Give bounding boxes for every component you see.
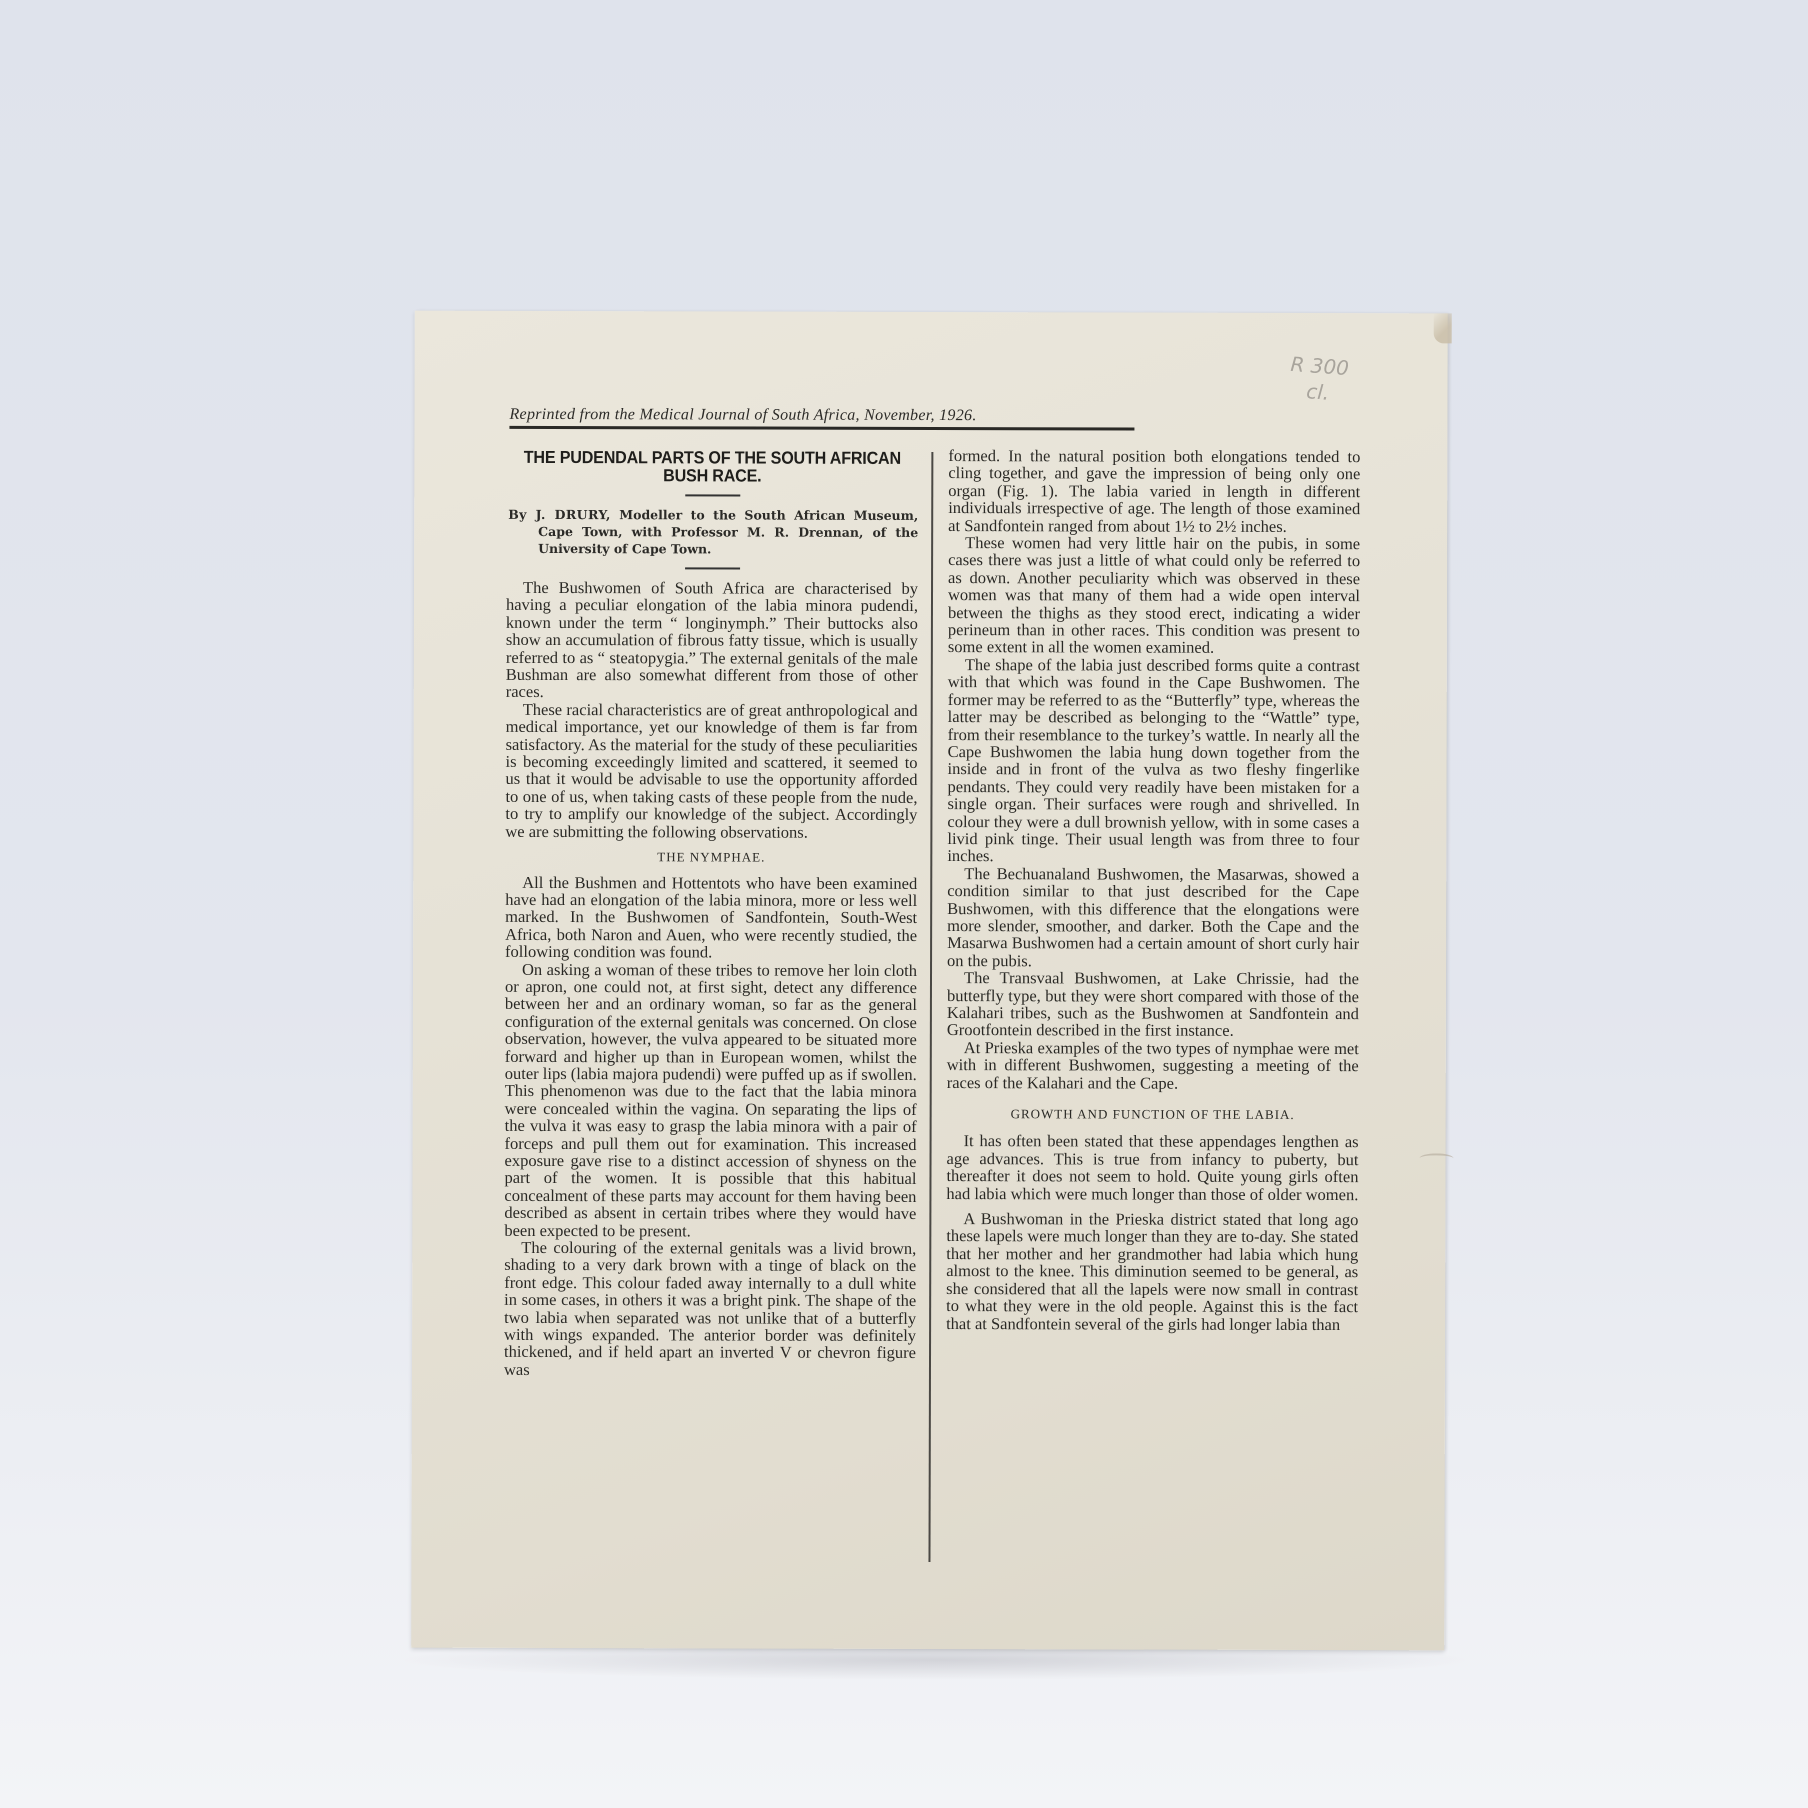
paper-crease	[1420, 1153, 1454, 1163]
continued-paragraph: formed. In the natural position both elo…	[948, 447, 1360, 535]
intro-paragraph: The Bushwomen of South Africa are charac…	[506, 579, 918, 702]
column-divider	[928, 452, 932, 1562]
torn-corner	[1434, 313, 1452, 343]
body-paragraph: At Prieska examples of the two types of …	[947, 1039, 1359, 1092]
reprint-header-text: Reprinted from the Medical Journal of So…	[509, 406, 976, 424]
pencil-annotation: R 300 cl.	[1287, 351, 1349, 407]
section-heading-growth: GROWTH AND FUNCTION OF THE LABIA.	[947, 1105, 1359, 1123]
byline: By J. DRURY, Modeller to the South Afric…	[508, 506, 918, 558]
body-paragraph: The shape of the labia just described fo…	[947, 656, 1360, 866]
printed-page: R 300 cl. Reprinted from the Medical Jou…	[411, 311, 1447, 1651]
article-title: THE PUDENDAL PARTS OF THE SOUTH AFRICAN …	[523, 448, 902, 485]
title-rule	[685, 494, 740, 496]
body-paragraph: These women had very little hair on the …	[948, 534, 1360, 657]
body-paragraph: The colouring of the external genitals w…	[504, 1239, 916, 1379]
body-paragraph: A Bushwoman in the Prieska district stat…	[946, 1210, 1358, 1333]
body-paragraph: The Transvaal Bushwomen, at Lake Chrissi…	[947, 969, 1359, 1040]
pencil-mark: cl.	[1287, 377, 1347, 407]
body-paragraph: All the Bushmen and Hottentots who have …	[505, 873, 917, 961]
author-name: By J. DRURY,	[508, 507, 611, 522]
right-column: formed. In the natural position both elo…	[946, 447, 1360, 1333]
section-heading-nymphae: THE NYMPHAE.	[505, 848, 917, 866]
left-column: THE PUDENDAL PARTS OF THE SOUTH AFRICAN …	[504, 446, 918, 1379]
pencil-price: R 300	[1289, 351, 1349, 381]
intro-paragraph: These racial characteristics are of grea…	[505, 701, 917, 841]
body-paragraph: It has often been stated that these appe…	[946, 1132, 1358, 1203]
reprint-header: Reprinted from the Medical Journal of So…	[509, 406, 1134, 431]
byline-rule	[685, 567, 740, 569]
body-paragraph: On asking a woman of these tribes to rem…	[504, 960, 917, 1240]
body-paragraph: The Bechuanaland Bushwomen, the Masarwas…	[947, 865, 1359, 971]
